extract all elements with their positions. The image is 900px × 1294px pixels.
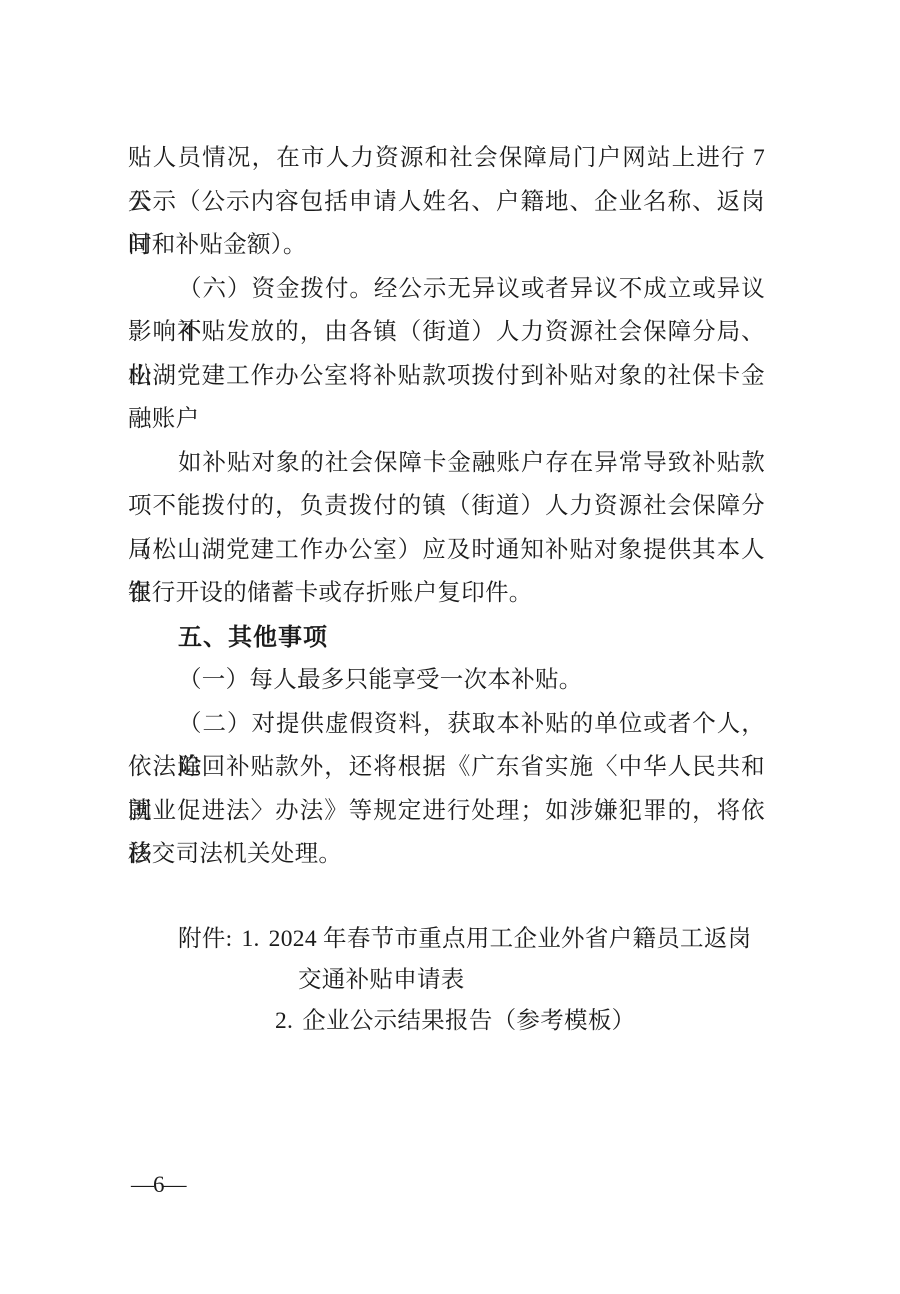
document-page: 贴人员情况，在市人力资源和社会保障局门户网站上进行 7 天公示（公示内容包括申请…	[0, 0, 900, 1294]
attachment-item-2-line: 2.企业公示结果报告（参考模板）	[275, 1000, 635, 1043]
heading-other-matters: 五、其他事项	[128, 616, 765, 660]
text-line: （二）对提供虚假资料，获取本补贴的单位或者个人，除	[128, 703, 765, 747]
text-line: 银行开设的储蓄卡或存折账户复印件。	[128, 572, 765, 616]
para-once-only: （一）每人最多只能享受一次本补贴。	[128, 659, 765, 703]
attachment-item-2-title: 企业公示结果报告（参考模板）	[302, 1008, 635, 1034]
para-abnormal-account: 如补贴对象的社会保障卡金融账户存在异常导致补贴款项不能拨付的，负责拨付的镇（街道…	[128, 442, 765, 616]
text-line: 间和补贴金额）。	[128, 224, 765, 268]
text-line: 贴人员情况，在市人力资源和社会保障局门户网站上进行 7 天	[128, 137, 765, 181]
attachment-item-1-line-1: 附件:1.2024 年春节市重点用工企业外省户籍员工返岗	[178, 918, 751, 961]
para-false-materials: （二）对提供虚假资料，获取本补贴的单位或者个人，除依法追回补贴款外，还将根据《广…	[128, 703, 765, 877]
attachment-item-2-number: 2.	[275, 1008, 293, 1034]
text-line: 就业促进法〉办法》等规定进行处理；如涉嫌犯罪的，将依法	[128, 790, 765, 834]
text-line: 项不能拨付的，负责拨付的镇（街道）人力资源社会保障分局	[128, 485, 765, 529]
document-body: 贴人员情况，在市人力资源和社会保障局门户网站上进行 7 天公示（公示内容包括申请…	[128, 137, 765, 877]
page-number: —6—	[131, 1170, 186, 1200]
text-line: 公示（公示内容包括申请人姓名、户籍地、企业名称、返岗时	[128, 181, 765, 225]
text-line: （一）每人最多只能享受一次本补贴。	[128, 659, 765, 703]
text-line: （六）资金拨付。经公示无异议或者异议不成立或异议不	[128, 268, 765, 312]
para-publicity-continued: 贴人员情况，在市人力资源和社会保障局门户网站上进行 7 天公示（公示内容包括申请…	[128, 137, 765, 268]
text-line: 依法追回补贴款外，还将根据《广东省实施〈中华人民共和国	[128, 746, 765, 790]
text-line: 影响补贴发放的，由各镇（街道）人力资源社会保障分局、松	[128, 311, 765, 355]
attachment-item-1-title: 2024 年春节市重点用工企业外省户籍员工返岗	[269, 926, 752, 952]
attachment-item-1-title-continued: 交通补贴申请表	[298, 967, 465, 993]
attachment-item-1-number: 1.	[241, 926, 259, 952]
attachment-label: 附件:	[178, 926, 232, 952]
text-line: 山湖党建工作办公室将补贴款项拨付到补贴对象的社保卡金	[128, 355, 765, 399]
text-line: 移交司法机关处理。	[128, 833, 765, 877]
text-line: 五、其他事项	[128, 616, 765, 660]
text-line: 如补贴对象的社会保障卡金融账户存在异常导致补贴款	[128, 442, 765, 486]
attachment-item-1-line-2: 交通补贴申请表	[298, 959, 465, 1002]
text-line: （松山湖党建工作办公室）应及时通知补贴对象提供其本人在	[128, 529, 765, 573]
text-line: 融账户	[128, 398, 765, 442]
para-fund-disbursement: （六）资金拨付。经公示无异议或者异议不成立或异议不影响补贴发放的，由各镇（街道）…	[128, 268, 765, 442]
